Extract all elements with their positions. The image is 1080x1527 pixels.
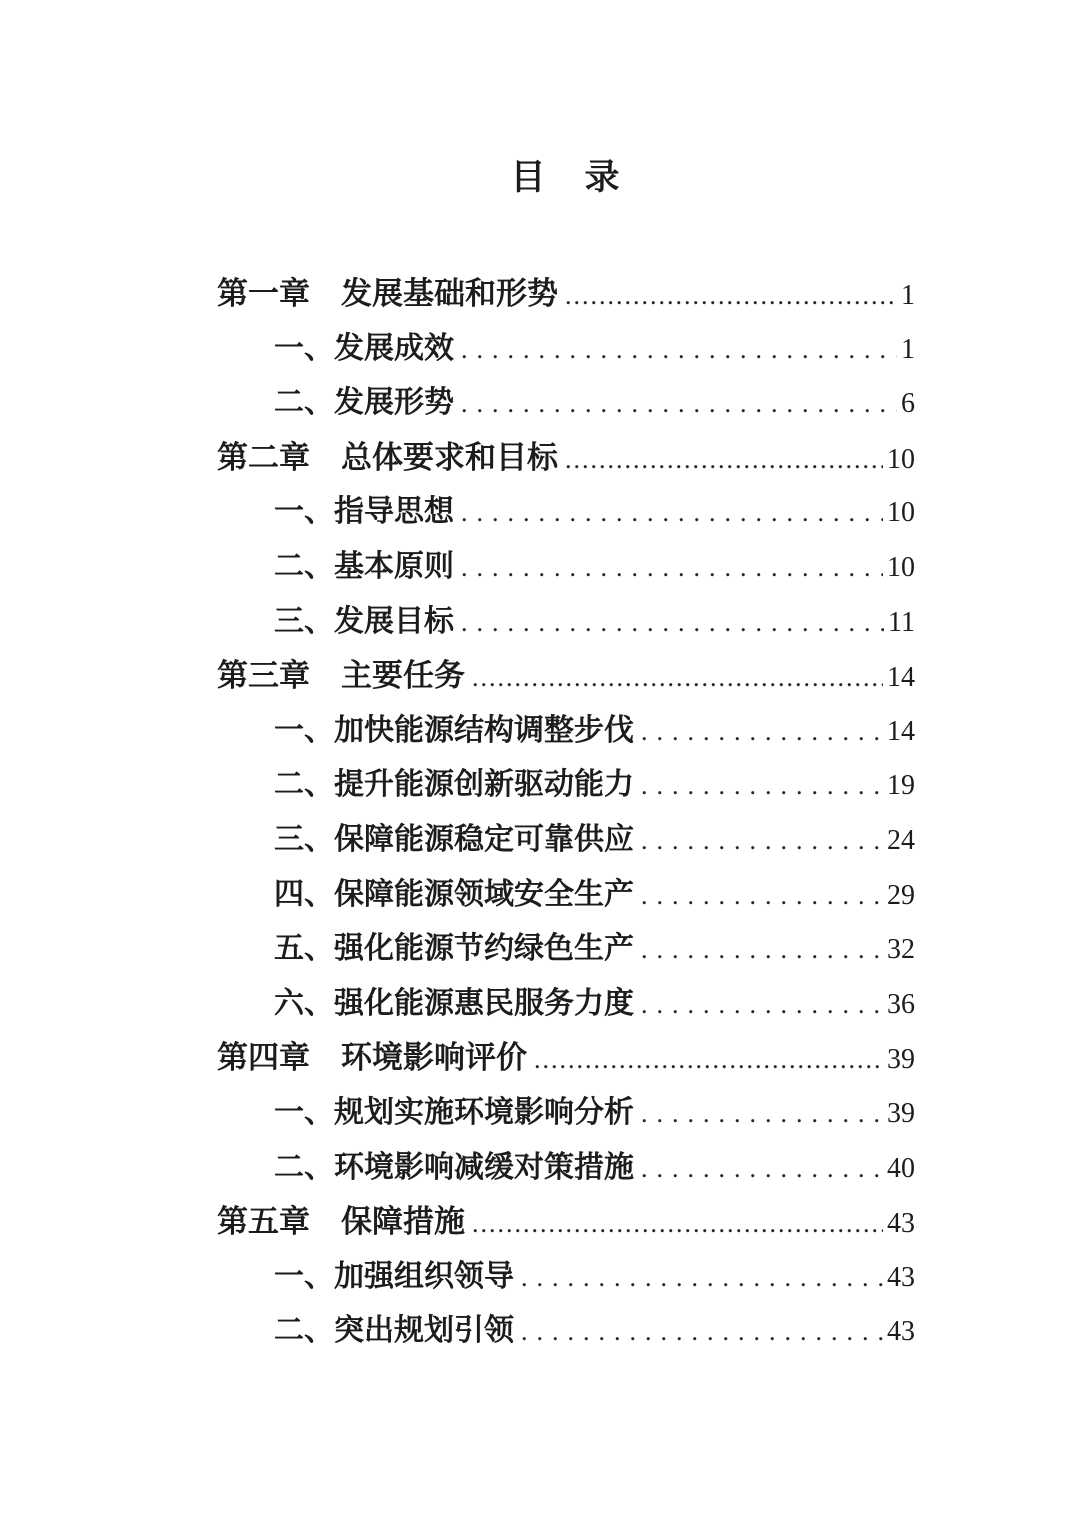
- toc-entry-page: 43: [883, 1197, 915, 1252]
- toc-leader-dots: ........................................…: [641, 978, 883, 1033]
- toc-leader-dots: ........................................…: [534, 1033, 883, 1088]
- toc-entry-page: 29: [883, 869, 915, 924]
- toc-leader-dots: ........................................…: [461, 486, 883, 541]
- toc-entry-label: 二、突出规划引领: [274, 1304, 514, 1359]
- toc-entry-page: 32: [883, 923, 915, 978]
- toc-entry-label: 第一章 发展基础和形势: [217, 267, 558, 322]
- toc-entry: 第五章 保障措施 ...............................…: [217, 1195, 915, 1250]
- toc-entry: 二、基本原则 .................................…: [217, 540, 915, 595]
- toc-leader-dots: ........................................…: [641, 1142, 883, 1197]
- toc-entry-label: 二、环境影响减缓对策措施: [274, 1141, 634, 1196]
- toc-entry-page: 43: [883, 1305, 915, 1360]
- toc-entry-label: 一、指导思想: [274, 485, 454, 540]
- toc-leader-dots: ........................................…: [521, 1305, 883, 1360]
- toc-entry-page: 36: [883, 978, 915, 1033]
- toc-entry: 第一章 发展基础和形势 ............................…: [217, 267, 915, 322]
- toc-leader-dots: ........................................…: [641, 869, 883, 924]
- toc-entry-label: 三、发展目标: [274, 595, 454, 650]
- toc-entry-page: 40: [883, 1142, 915, 1197]
- toc-leader-dots: ........................................…: [461, 596, 884, 651]
- toc-entry: 五、强化能源节约绿色生产 ...........................…: [217, 922, 915, 977]
- toc-entry-label: 一、加快能源结构调整步伐: [274, 704, 634, 759]
- toc-entry: 六、强化能源惠民服务力度 ...........................…: [217, 977, 915, 1032]
- toc-entry-page: 24: [883, 814, 915, 869]
- toc-entry: 四、保障能源领域安全生产 ...........................…: [217, 868, 915, 923]
- toc-entry-page: 10: [883, 541, 915, 596]
- toc-entry-label: 二、基本原则: [274, 540, 454, 595]
- document-page: 目 录 第一章 发展基础和形势 ........................…: [0, 0, 1080, 1527]
- toc-entry: 二、突出规划引领 ...............................…: [217, 1304, 915, 1359]
- toc-leader-dots: ........................................…: [472, 651, 883, 706]
- toc-entry-page: 43: [883, 1251, 915, 1306]
- toc-entry-page: 1: [897, 323, 915, 378]
- toc-leader-dots: ........................................…: [565, 269, 897, 324]
- toc-entry: 二、发展形势 .................................…: [217, 376, 915, 431]
- toc-leader-dots: ........................................…: [521, 1251, 883, 1306]
- toc-entry: 三、保障能源稳定可靠供应 ...........................…: [217, 813, 915, 868]
- toc-leader-dots: ........................................…: [461, 323, 897, 378]
- toc-entry-label: 第三章 主要任务: [217, 649, 465, 704]
- toc-entry-label: 第五章 保障措施: [217, 1195, 465, 1250]
- toc-entry-page: 11: [884, 596, 915, 651]
- toc-entry-label: 第二章 总体要求和目标: [217, 431, 558, 486]
- toc-leader-dots: ........................................…: [641, 705, 883, 760]
- toc-entry: 一、指导思想 .................................…: [217, 485, 915, 540]
- toc-entry-page: 10: [883, 486, 915, 541]
- toc-entry-label: 二、提升能源创新驱动能力: [274, 758, 634, 813]
- toc-entry-page: 6: [897, 377, 915, 432]
- toc-entry-page: 39: [883, 1033, 915, 1088]
- toc-entry: 二、环境影响减缓对策措施 ...........................…: [217, 1141, 915, 1196]
- toc-entry-label: 三、保障能源稳定可靠供应: [274, 813, 634, 868]
- toc-entry-label: 第四章 环境影响评价: [217, 1031, 527, 1086]
- toc-leader-dots: ........................................…: [461, 377, 897, 432]
- toc-entry-label: 五、强化能源节约绿色生产: [274, 922, 634, 977]
- toc-entry-label: 二、发展形势: [274, 376, 454, 431]
- toc-entry: 一、加快能源结构调整步伐 ...........................…: [217, 704, 915, 759]
- toc-entry-label: 一、发展成效: [274, 322, 454, 377]
- toc-entry: 一、规划实施环境影响分析 ...........................…: [217, 1086, 915, 1141]
- toc-entry-label: 六、强化能源惠民服务力度: [274, 977, 634, 1032]
- toc-leader-dots: ........................................…: [461, 541, 883, 596]
- toc-entry-page: 14: [883, 705, 915, 760]
- toc-leader-dots: ........................................…: [641, 759, 883, 814]
- page-title: 目 录: [217, 150, 915, 200]
- toc-entry-label: 一、规划实施环境影响分析: [274, 1086, 634, 1141]
- toc-entry-page: 39: [883, 1087, 915, 1142]
- toc-entry: 二、提升能源创新驱动能力 ...........................…: [217, 758, 915, 813]
- toc-entry: 第三章 主要任务 ...............................…: [217, 649, 915, 704]
- toc-entry-page: 19: [883, 759, 915, 814]
- toc-list: 第一章 发展基础和形势 ............................…: [217, 267, 915, 1359]
- toc-leader-dots: ........................................…: [565, 433, 883, 488]
- toc-entry-page: 14: [883, 651, 915, 706]
- toc-entry-page: 1: [897, 269, 915, 324]
- toc-entry-label: 四、保障能源领域安全生产: [274, 868, 634, 923]
- toc-entry: 一、发展成效 .................................…: [217, 322, 915, 377]
- toc-leader-dots: ........................................…: [641, 814, 883, 869]
- toc-entry-page: 10: [883, 433, 915, 488]
- toc-entry: 第二章 总体要求和目标 ............................…: [217, 431, 915, 486]
- toc-entry: 三、发展目标 .................................…: [217, 595, 915, 650]
- toc-entry: 一、加强组织领导 ...............................…: [217, 1250, 915, 1305]
- toc-leader-dots: ........................................…: [472, 1197, 883, 1252]
- toc-entry-label: 一、加强组织领导: [274, 1250, 514, 1305]
- toc-entry: 第四章 环境影响评价 .............................…: [217, 1031, 915, 1086]
- toc-leader-dots: ........................................…: [641, 1087, 883, 1142]
- toc-leader-dots: ........................................…: [641, 923, 883, 978]
